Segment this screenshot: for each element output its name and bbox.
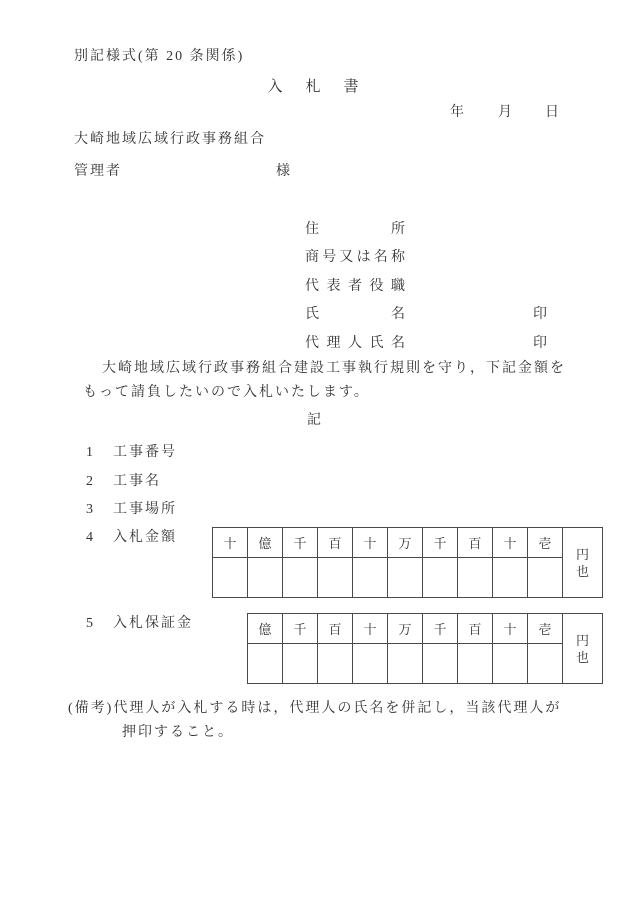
seal-mark-agent: 印 xyxy=(533,335,549,353)
item-label-construction-number: 工事番号 xyxy=(113,444,177,462)
item-number: 2 xyxy=(86,473,95,491)
record-heading: 記 xyxy=(0,412,630,430)
digit-header-cell: 壱 xyxy=(528,528,563,558)
amount-digit-cell xyxy=(213,558,248,598)
declaration-line-1: 大崎地域広域行政事務組合建設工事執行規則を守り，下記金額を xyxy=(102,360,566,378)
remarks-line-2: 押印すること。 xyxy=(122,724,234,742)
digit-header-cell: 万 xyxy=(388,528,423,558)
amount-digit-cell xyxy=(248,558,283,598)
deposit-digit-cell xyxy=(283,644,318,684)
date-month-label: 月 xyxy=(498,104,514,122)
digit-header-cell: 千 xyxy=(283,528,318,558)
item-number: 4 xyxy=(86,529,95,547)
digit-header-row: 十 億 千 百 十 万 千 百 十 壱 円也 xyxy=(213,528,603,558)
declaration-line-2: もって請負したいので入札いたします。 xyxy=(83,384,370,402)
addressee-honorific: 様 xyxy=(276,163,292,181)
field-label-name: 氏名 xyxy=(305,306,407,324)
addressee-role: 管理者 xyxy=(74,163,122,181)
deposit-digit-cell xyxy=(528,644,563,684)
digit-value-row xyxy=(213,558,603,598)
unit-cell: 円也 xyxy=(563,614,603,684)
digit-value-row xyxy=(248,644,603,684)
deposit-digit-cell xyxy=(318,644,353,684)
amount-digit-cell xyxy=(353,558,388,598)
deposit-digit-cell xyxy=(493,644,528,684)
deposit-digit-cell xyxy=(353,644,388,684)
digit-header-cell: 十 xyxy=(493,528,528,558)
amount-digit-cell xyxy=(423,558,458,598)
digit-header-cell: 百 xyxy=(318,614,353,644)
deposit-digit-cell xyxy=(458,644,493,684)
date-year-label: 年 xyxy=(450,104,466,122)
digit-header-cell: 十 xyxy=(353,528,388,558)
digit-header-cell: 百 xyxy=(318,528,353,558)
unit-label-yen: 円也 xyxy=(575,546,590,580)
deposit-digit-cell xyxy=(388,644,423,684)
unit-label-yen: 円也 xyxy=(575,632,590,666)
page-title: 入 札 書 xyxy=(0,78,630,96)
digit-header-cell: 千 xyxy=(423,614,458,644)
remarks-line-1: (備考)代理人が入札する時は，代理人の氏名を併記し，当該代理人が xyxy=(68,700,561,718)
item-label-bid-deposit: 入札保証金 xyxy=(113,615,193,633)
digit-header-cell: 十 xyxy=(213,528,248,558)
item-number: 5 xyxy=(86,615,95,633)
item-label-construction-site: 工事場所 xyxy=(113,501,177,519)
date-day-label: 日 xyxy=(545,104,561,122)
amount-digit-cell xyxy=(318,558,353,598)
item-label-construction-name: 工事名 xyxy=(113,473,161,491)
field-label-agent-name: 代理人氏名 xyxy=(305,335,407,353)
bid-deposit-table: 億 千 百 十 万 千 百 十 壱 円也 xyxy=(247,613,603,684)
field-label-address: 住所 xyxy=(305,221,407,239)
field-label-representative-title: 代表者役職 xyxy=(305,278,407,296)
amount-digit-cell xyxy=(458,558,493,598)
form-reference: 別記様式(第 20 条関係) xyxy=(74,48,244,66)
digit-header-cell: 億 xyxy=(248,528,283,558)
bid-form-page: 別記様式(第 20 条関係) 入 札 書 年 月 日 大崎地域広域行政事務組合 … xyxy=(0,0,630,915)
digit-header-cell: 十 xyxy=(353,614,388,644)
item-label-bid-amount: 入札金額 xyxy=(113,529,177,547)
digit-header-row: 億 千 百 十 万 千 百 十 壱 円也 xyxy=(248,614,603,644)
deposit-digit-cell xyxy=(248,644,283,684)
digit-header-cell: 万 xyxy=(388,614,423,644)
digit-header-cell: 壱 xyxy=(528,614,563,644)
deposit-digit-cell xyxy=(423,644,458,684)
digit-header-cell: 百 xyxy=(458,614,493,644)
addressee-organization: 大崎地域広域行政事務組合 xyxy=(74,131,266,149)
digit-header-cell: 億 xyxy=(248,614,283,644)
digit-header-cell: 百 xyxy=(458,528,493,558)
amount-digit-cell xyxy=(283,558,318,598)
digit-header-cell: 十 xyxy=(493,614,528,644)
item-number: 1 xyxy=(86,444,95,462)
field-label-company-name: 商号又は名称 xyxy=(305,249,407,267)
item-number: 3 xyxy=(86,501,95,519)
digit-header-cell: 千 xyxy=(283,614,318,644)
bid-amount-table: 十 億 千 百 十 万 千 百 十 壱 円也 xyxy=(212,527,603,598)
seal-mark-name: 印 xyxy=(533,306,549,324)
amount-digit-cell xyxy=(388,558,423,598)
digit-header-cell: 千 xyxy=(423,528,458,558)
amount-digit-cell xyxy=(528,558,563,598)
amount-digit-cell xyxy=(493,558,528,598)
unit-cell: 円也 xyxy=(563,528,603,598)
